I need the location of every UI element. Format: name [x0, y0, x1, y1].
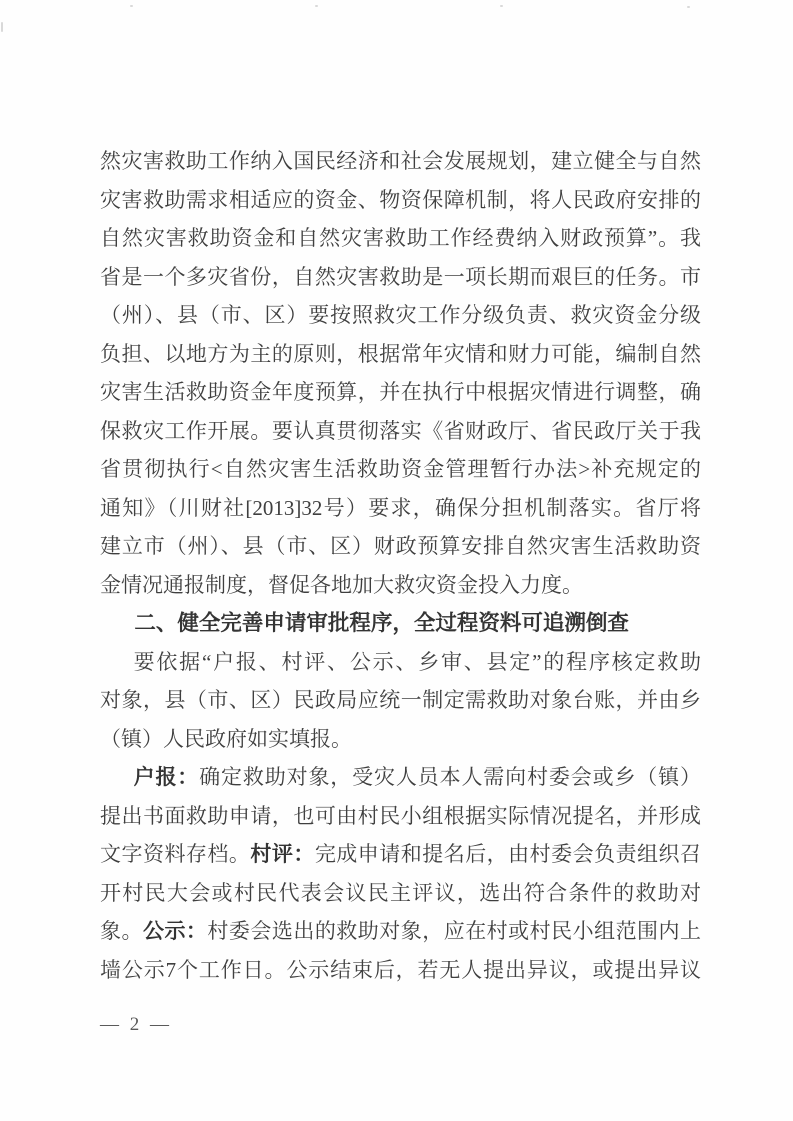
text-line: 户报：确定救助对象，受灾人员本人需向村委会或乡（镇） [100, 758, 701, 797]
page-number: — 2 — [100, 1014, 172, 1036]
text-line: 省是一个多灾省份，自然灾害救助是一项长期而艰巨的任务。市 [100, 258, 701, 297]
bold-term: 公示： [143, 920, 207, 943]
bold-term: 二、健全完善申请审批程序，全过程资料可追溯倒查 [134, 611, 629, 635]
text-line: 要依据“户报、村评、公示、乡审、县定”的程序核定救助 [100, 643, 701, 682]
text-line: 灾害救助需求相适应的资金、物资保障机制，将人民政府安排的 [100, 181, 701, 220]
document-page: 然灾害救助工作纳入国民经济和社会发展规划，建立健全与自然灾害救助需求相适应的资金… [0, 0, 793, 1121]
text-line: （镇）人民政府如实填报。 [100, 720, 701, 759]
text-run: 确定救助对象，受灾人员本人需向村委会或乡（镇） [199, 765, 701, 789]
text-line: 保救灾工作开展。要认真贯彻落实《省财政厅、省民政厅关于我 [100, 412, 701, 451]
text-line: （州）、县（市、区）要按照救灾工作分级负责、救灾资金分级 [100, 296, 701, 335]
text-run: 灾害生活救助资金年度预算，并在执行中根据灾情进行调整，确 [100, 380, 701, 404]
text-line: 金情况通报制度，督促各地加大救灾资金投入力度。 [100, 566, 701, 605]
text-run: 自然灾害救助资金和自然灾害救助工作经费纳入财政预算”。我 [100, 226, 701, 250]
text-run: 开村民大会或村民代表会议民主评议，选出符合条件的救助对 [100, 881, 701, 905]
text-run: 墙公示7个工作日。公示结束后，若无人提出异议，或提出异议 [100, 958, 701, 982]
scan-speck [500, 5, 503, 7]
scan-speck [130, 5, 133, 7]
scan-speck [1, 22, 3, 32]
section-heading: 二、健全完善申请审批程序，全过程资料可追溯倒查 [100, 604, 701, 643]
text-run: 省贯彻执行<自然灾害生活救助资金管理暂行办法>补充规定的 [100, 457, 701, 481]
text-line: 开村民大会或村民代表会议民主评议，选出符合条件的救助对 [100, 874, 701, 913]
scan-speck [315, 5, 318, 7]
scan-speck [687, 6, 690, 8]
text-run: 提出书面救助申请，也可由村民小组根据实际情况提名，并形成 [100, 804, 701, 828]
text-run: 村委会选出的救助对象，应在村或村民小组范围内上 [207, 919, 701, 943]
text-line: 自然灾害救助资金和自然灾害救助工作经费纳入财政预算”。我 [100, 219, 701, 258]
document-body: 然灾害救助工作纳入国民经济和社会发展规划，建立健全与自然灾害救助需求相适应的资金… [100, 142, 701, 989]
text-run: 象。 [100, 919, 143, 943]
bold-term: 户报： [134, 766, 200, 789]
text-run: 要依据“户报、村评、公示、乡审、县定”的程序核定救助 [134, 650, 701, 674]
text-line: 然灾害救助工作纳入国民经济和社会发展规划，建立健全与自然 [100, 142, 701, 181]
text-line: 负担、以地方为主的原则，根据常年灾情和财力可能，编制自然 [100, 335, 701, 374]
text-line: 通知》（川财社[2013]32号）要求，确保分担机制落实。省厅将 [100, 489, 701, 528]
text-line: 对象，县（市、区）民政局应统一制定需救助对象台账，并由乡 [100, 681, 701, 720]
text-run: 对象，县（市、区）民政局应统一制定需救助对象台账，并由乡 [100, 688, 701, 712]
text-run: 文字资料存档。 [100, 842, 250, 866]
text-line: 提出书面救助申请，也可由村民小组根据实际情况提名，并形成 [100, 797, 701, 836]
text-run: 负担、以地方为主的原则，根据常年灾情和财力可能，编制自然 [100, 342, 701, 366]
text-run: 通知》（川财社[2013]32号）要求，确保分担机制落实。省厅将 [100, 496, 701, 520]
text-run: 然灾害救助工作纳入国民经济和社会发展规划，建立健全与自然 [100, 149, 701, 173]
text-line: 象。公示：村委会选出的救助对象，应在村或村民小组范围内上 [100, 912, 701, 951]
text-line: 建立市（州）、县（市、区）财政预算安排自然灾害生活救助资 [100, 527, 701, 566]
text-run: （州）、县（市、区）要按照救灾工作分级负责、救灾资金分级 [100, 303, 701, 327]
text-run: 灾害救助需求相适应的资金、物资保障机制，将人民政府安排的 [100, 188, 701, 212]
text-line: 墙公示7个工作日。公示结束后，若无人提出异议，或提出异议 [100, 951, 701, 990]
text-run: 建立市（州）、县（市、区）财政预算安排自然灾害生活救助资 [100, 534, 701, 558]
text-line: 省贯彻执行<自然灾害生活救助资金管理暂行办法>补充规定的 [100, 450, 701, 489]
text-run: 保救灾工作开展。要认真贯彻落实《省财政厅、省民政厅关于我 [100, 419, 701, 443]
text-run: 省是一个多灾省份，自然灾害救助是一项长期而艰巨的任务。市 [100, 265, 701, 289]
text-run: 完成申请和提名后，由村委会负责组织召 [315, 842, 701, 866]
bold-term: 村评： [250, 843, 314, 866]
text-run: （镇）人民政府如实填报。 [100, 727, 352, 751]
text-run: 金情况通报制度，督促各地加大救灾资金投入力度。 [100, 573, 583, 597]
text-line: 灾害生活救助资金年度预算，并在执行中根据灾情进行调整，确 [100, 373, 701, 412]
text-line: 文字资料存档。村评：完成申请和提名后，由村委会负责组织召 [100, 835, 701, 874]
